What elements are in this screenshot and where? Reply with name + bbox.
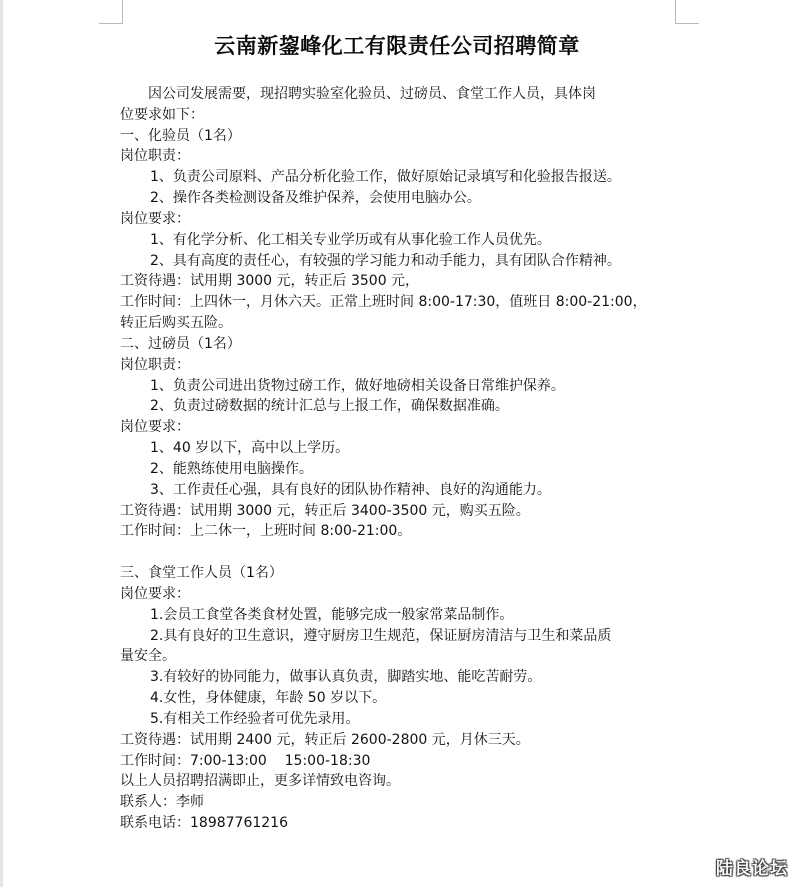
blank-line bbox=[120, 542, 690, 563]
document-body: 因公司发展需要，现招聘实验室化验员、过磅员、食堂工作人员，具体岗 位要求如下： … bbox=[120, 84, 690, 834]
page-edge-strip bbox=[0, 0, 3, 887]
requirement-item: 1.会员工食堂各类食材处置，能够完成一般家常菜品制作。 bbox=[120, 605, 690, 626]
requirements-label: 岗位要求： bbox=[120, 209, 690, 230]
duties-label: 岗位职责： bbox=[120, 355, 690, 376]
document-title: 云南新鋆峰化工有限责任公司招聘简章 bbox=[0, 30, 794, 60]
requirement-item: 1、有化学分析、化工相关专业学历或有从事化验工作人员优先。 bbox=[120, 230, 690, 251]
requirements-label: 岗位要求： bbox=[120, 584, 690, 605]
closing-line: 以上人员招聘招满即止，更多详情致电咨询。 bbox=[120, 771, 690, 792]
contact-person: 联系人：李师 bbox=[120, 792, 690, 813]
section-heading: 二、过磅员（1名） bbox=[120, 334, 690, 355]
margin-marker-top-left bbox=[99, 0, 123, 24]
requirement-item: 3.有较好的协同能力，做事认真负责，脚踏实地、能吃苦耐劳。 bbox=[120, 667, 690, 688]
requirement-item: 5.有相关工作经验者可优先录用。 bbox=[120, 709, 690, 730]
salary-line: 工资待遇：试用期 3000 元，转正后 3500 元， bbox=[120, 271, 690, 292]
section-heading: 三、食堂工作人员（1名） bbox=[120, 563, 690, 584]
requirement-item: 4.女性，身体健康，年龄 50 岁以下。 bbox=[120, 688, 690, 709]
duties-label: 岗位职责： bbox=[120, 146, 690, 167]
hours-line: 工作时间：上四休一，月休六天。正常上班时间 8:00-17:30，值班日 8:0… bbox=[120, 292, 690, 313]
duty-item: 2、负责过磅数据的统计汇总与上报工作，确保数据准确。 bbox=[120, 396, 690, 417]
hours-line: 工作时间：上二休一，上班时间 8:00-21:00。 bbox=[120, 521, 690, 542]
watermark-logo: 陆良论坛 bbox=[716, 854, 788, 879]
requirements-label: 岗位要求： bbox=[120, 417, 690, 438]
intro-line: 因公司发展需要，现招聘实验室化验员、过磅员、食堂工作人员，具体岗 bbox=[120, 84, 690, 105]
section-heading: 一、化验员（1名） bbox=[120, 126, 690, 147]
hours-line-cont: 转正后购买五险。 bbox=[120, 313, 690, 334]
intro-line: 位要求如下： bbox=[120, 105, 690, 126]
salary-line: 工资待遇：试用期 2400 元，转正后 2600-2800 元，月休三天。 bbox=[120, 730, 690, 751]
requirement-item: 2.具有良好的卫生意识，遵守厨房卫生规范，保证厨房清洁与卫生和菜品质 bbox=[120, 626, 690, 647]
salary-line: 工资待遇：试用期 3000 元，转正后 3400-3500 元，购买五险。 bbox=[120, 501, 690, 522]
contact-phone: 联系电话：18987761216 bbox=[120, 813, 690, 834]
hours-line: 工作时间：7:00-13:00 15:00-18:30 bbox=[120, 751, 690, 772]
requirement-item-cont: 量安全。 bbox=[120, 646, 690, 667]
requirement-item: 3、工作责任心强，具有良好的团队协作精神、良好的沟通能力。 bbox=[120, 480, 690, 501]
requirement-item: 2、能熟练使用电脑操作。 bbox=[120, 459, 690, 480]
duty-item: 2、操作各类检测设备及维护保养，会使用电脑办公。 bbox=[120, 188, 690, 209]
requirement-item: 2、具有高度的责任心，有较强的学习能力和动手能力，具有团队合作精神。 bbox=[120, 251, 690, 272]
margin-marker-top-right bbox=[675, 0, 699, 24]
duty-item: 1、负责公司进出货物过磅工作，做好地磅相关设备日常维护保养。 bbox=[120, 376, 690, 397]
duty-item: 1、负责公司原料、产品分析化验工作，做好原始记录填写和化验报告报送。 bbox=[120, 167, 690, 188]
requirement-item: 1、40 岁以下，高中以上学历。 bbox=[120, 438, 690, 459]
